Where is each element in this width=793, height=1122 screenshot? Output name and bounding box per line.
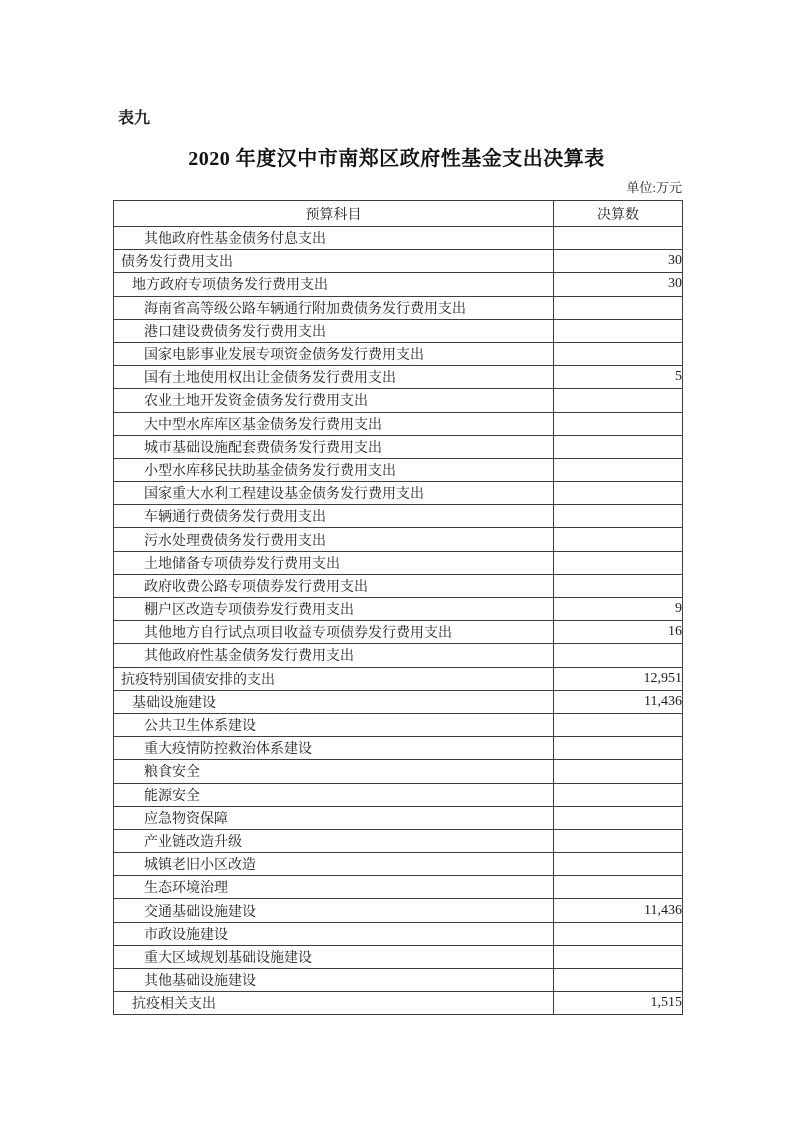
subject-cell: 其他政府性基金债务发行费用支出	[114, 644, 554, 667]
subject-cell: 抗疫相关支出	[114, 992, 554, 1015]
table-row: 政府收费公路专项债券发行费用支出	[114, 574, 683, 597]
subject-cell: 土地储备专项债券发行费用支出	[114, 551, 554, 574]
amount-cell	[554, 713, 683, 736]
page-title: 2020 年度汉中市南郑区政府性基金支出决算表	[0, 142, 793, 171]
table-row: 小型水库移民扶助基金债务发行费用支出	[114, 458, 683, 481]
table-row: 其他政府性基金债务付息支出	[114, 227, 683, 250]
budget-expenditure-table: 预算科目 决算数 其他政府性基金债务付息支出债务发行费用支出30地方政府专项债务…	[113, 200, 683, 1015]
subject-cell: 抗疫特别国债安排的支出	[114, 667, 554, 690]
amount-cell	[554, 227, 683, 250]
subject-cell: 基础设施建设	[114, 690, 554, 713]
amount-cell	[554, 969, 683, 992]
subject-cell: 城市基础设施配套费债务发行费用支出	[114, 435, 554, 458]
table-row: 其他地方自行试点项目收益专项债券发行费用支出16	[114, 621, 683, 644]
table-row: 棚户区改造专项债券发行费用支出9	[114, 598, 683, 621]
table-row: 农业土地开发资金债务发行费用支出	[114, 389, 683, 412]
amount-cell	[554, 760, 683, 783]
document-page: 表九 2020 年度汉中市南郑区政府性基金支出决算表 单位:万元 预算科目 决算…	[0, 0, 793, 1122]
subject-cell: 农业土地开发资金债务发行费用支出	[114, 389, 554, 412]
subject-cell: 国家电影事业发展专项资金债务发行费用支出	[114, 342, 554, 365]
amount-cell	[554, 342, 683, 365]
amount-cell	[554, 783, 683, 806]
table-row: 市政设施建设	[114, 922, 683, 945]
subject-cell: 公共卫生体系建设	[114, 713, 554, 736]
amount-cell	[554, 319, 683, 342]
table-row: 其他政府性基金债务发行费用支出	[114, 644, 683, 667]
table-row: 交通基础设施建设11,436	[114, 899, 683, 922]
amount-cell	[554, 435, 683, 458]
table-row: 抗疫相关支出1,515	[114, 992, 683, 1015]
subject-cell: 交通基础设施建设	[114, 899, 554, 922]
table-row: 土地储备专项债券发行费用支出	[114, 551, 683, 574]
amount-cell: 9	[554, 598, 683, 621]
table-row: 能源安全	[114, 783, 683, 806]
table-row: 其他基础设施建设	[114, 969, 683, 992]
table-row: 国有土地使用权出让金债务发行费用支出5	[114, 366, 683, 389]
column-header-subject: 预算科目	[114, 201, 554, 227]
header-row: 预算科目 决算数	[114, 201, 683, 227]
amount-cell	[554, 737, 683, 760]
table-row: 债务发行费用支出30	[114, 250, 683, 273]
table-row: 生态环境治理	[114, 876, 683, 899]
amount-cell	[554, 551, 683, 574]
amount-cell: 1,515	[554, 992, 683, 1015]
table-row: 城市基础设施配套费债务发行费用支出	[114, 435, 683, 458]
subject-cell: 国家重大水利工程建设基金债务发行费用支出	[114, 482, 554, 505]
amount-cell	[554, 574, 683, 597]
table-row: 重大区域规划基础设施建设	[114, 945, 683, 968]
table-row: 公共卫生体系建设	[114, 713, 683, 736]
subject-cell: 市政设施建设	[114, 922, 554, 945]
amount-cell	[554, 644, 683, 667]
amount-cell: 30	[554, 273, 683, 296]
table-row: 国家重大水利工程建设基金债务发行费用支出	[114, 482, 683, 505]
subject-cell: 政府收费公路专项债券发行费用支出	[114, 574, 554, 597]
amount-cell	[554, 505, 683, 528]
subject-cell: 应急物资保障	[114, 806, 554, 829]
table-row: 抗疫特别国债安排的支出12,951	[114, 667, 683, 690]
table-row: 城镇老旧小区改造	[114, 853, 683, 876]
table-row: 国家电影事业发展专项资金债务发行费用支出	[114, 342, 683, 365]
amount-cell: 16	[554, 621, 683, 644]
amount-cell	[554, 829, 683, 852]
column-header-amount: 决算数	[554, 201, 683, 227]
subject-cell: 能源安全	[114, 783, 554, 806]
table-row: 应急物资保障	[114, 806, 683, 829]
table-row: 地方政府专项债务发行费用支出30	[114, 273, 683, 296]
amount-cell: 12,951	[554, 667, 683, 690]
table-row: 重大疫情防控救治体系建设	[114, 737, 683, 760]
subject-cell: 港口建设费债务发行费用支出	[114, 319, 554, 342]
amount-cell	[554, 528, 683, 551]
amount-cell	[554, 853, 683, 876]
table-row: 海南省高等级公路车辆通行附加费债务发行费用支出	[114, 296, 683, 319]
amount-cell	[554, 876, 683, 899]
subject-cell: 其他政府性基金债务付息支出	[114, 227, 554, 250]
amount-cell	[554, 458, 683, 481]
amount-cell	[554, 922, 683, 945]
table-row: 产业链改造升级	[114, 829, 683, 852]
subject-cell: 大中型水库库区基金债务发行费用支出	[114, 412, 554, 435]
amount-cell: 30	[554, 250, 683, 273]
amount-cell	[554, 296, 683, 319]
subject-cell: 车辆通行费债务发行费用支出	[114, 505, 554, 528]
table-row: 污水处理费债务发行费用支出	[114, 528, 683, 551]
amount-cell	[554, 806, 683, 829]
table-row: 大中型水库库区基金债务发行费用支出	[114, 412, 683, 435]
subject-cell: 棚户区改造专项债券发行费用支出	[114, 598, 554, 621]
subject-cell: 其他基础设施建设	[114, 969, 554, 992]
subject-cell: 债务发行费用支出	[114, 250, 554, 273]
subject-cell: 重大区域规划基础设施建设	[114, 945, 554, 968]
amount-cell: 11,436	[554, 899, 683, 922]
subject-cell: 国有土地使用权出让金债务发行费用支出	[114, 366, 554, 389]
amount-cell	[554, 412, 683, 435]
amount-cell	[554, 482, 683, 505]
table-number-label: 表九	[118, 105, 150, 128]
table-row: 粮食安全	[114, 760, 683, 783]
subject-cell: 重大疫情防控救治体系建设	[114, 737, 554, 760]
subject-cell: 城镇老旧小区改造	[114, 853, 554, 876]
amount-cell: 5	[554, 366, 683, 389]
table-row: 港口建设费债务发行费用支出	[114, 319, 683, 342]
amount-cell: 11,436	[554, 690, 683, 713]
subject-cell: 海南省高等级公路车辆通行附加费债务发行费用支出	[114, 296, 554, 319]
subject-cell: 粮食安全	[114, 760, 554, 783]
subject-cell: 地方政府专项债务发行费用支出	[114, 273, 554, 296]
amount-cell	[554, 945, 683, 968]
table-row: 基础设施建设11,436	[114, 690, 683, 713]
subject-cell: 小型水库移民扶助基金债务发行费用支出	[114, 458, 554, 481]
subject-cell: 污水处理费债务发行费用支出	[114, 528, 554, 551]
subject-cell: 产业链改造升级	[114, 829, 554, 852]
amount-cell	[554, 389, 683, 412]
table-row: 车辆通行费债务发行费用支出	[114, 505, 683, 528]
unit-label: 单位:万元	[113, 177, 682, 196]
subject-cell: 生态环境治理	[114, 876, 554, 899]
subject-cell: 其他地方自行试点项目收益专项债券发行费用支出	[114, 621, 554, 644]
